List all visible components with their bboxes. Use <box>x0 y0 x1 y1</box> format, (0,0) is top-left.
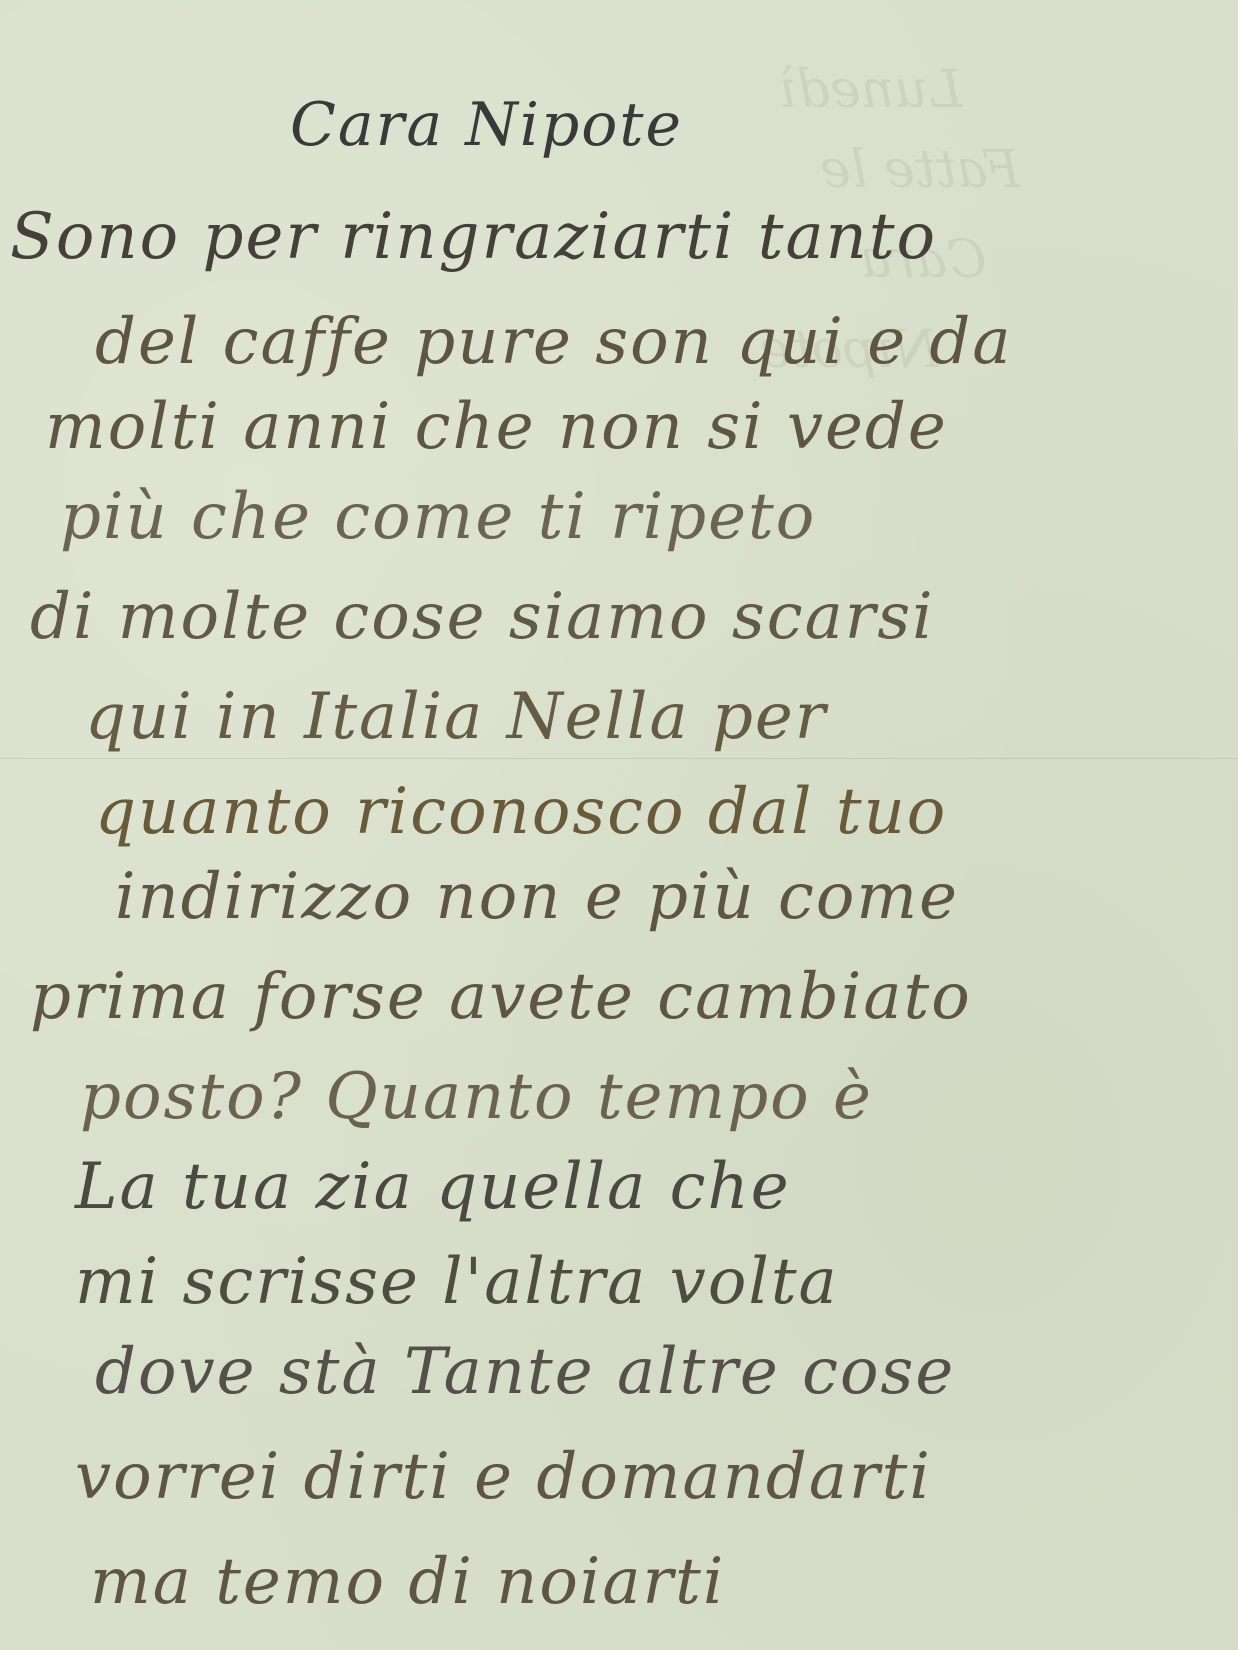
letter-line: quanto riconosco dal tuo <box>95 775 947 849</box>
letter-line: ma temo di noiarti <box>90 1545 725 1619</box>
letter-line: molti anni che non si vede <box>45 390 948 464</box>
letter-line: qui in Italia Nella per <box>85 680 827 754</box>
letter-paper: Lunedì Fatte le Cara Nipote Cara Nipote … <box>0 0 1238 1650</box>
letter-line: dove stà Tante altre cose <box>95 1335 955 1409</box>
letter-line: posto? Quanto tempo è <box>80 1060 873 1134</box>
letter-line: prima forse avete cambiato <box>30 960 972 1034</box>
show-through-text: Lunedì <box>780 60 962 120</box>
letter-line: del caffe pure son qui e da <box>95 305 1013 379</box>
letter-line: di molte cose siamo scarsi <box>30 580 935 654</box>
letter-line: mi scrisse l'altra volta <box>75 1245 839 1319</box>
letter-line: La tua zia quella che <box>75 1150 791 1224</box>
letter-line: più che come ti ripeto <box>60 480 816 554</box>
letter-line: vorrei dirti e domandarti <box>75 1440 932 1514</box>
letter-salutation: Cara Nipote <box>290 90 683 160</box>
paper-fold-line <box>0 758 1238 759</box>
letter-line: Sono per ringraziarti tanto <box>10 200 937 274</box>
letter-line: indirizzo non e più come <box>115 860 959 934</box>
show-through-text: Fatte le <box>820 140 1020 200</box>
